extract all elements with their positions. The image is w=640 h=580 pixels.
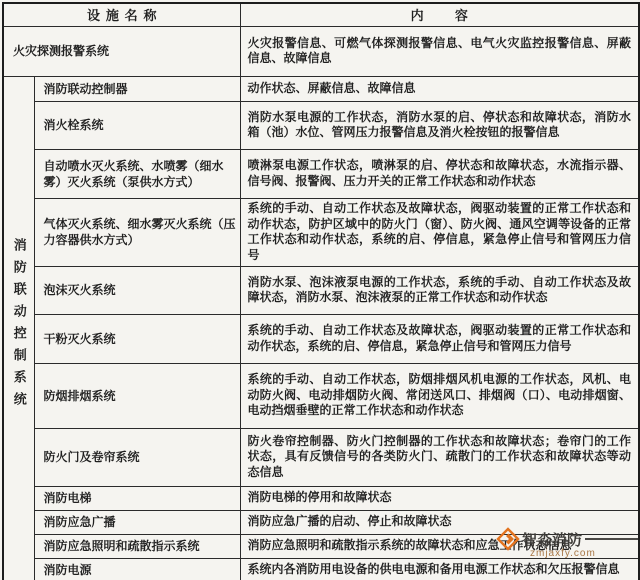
table-row: 防烟排烟系统 系统的手动、自动工作状态，防烟排烟风机电源的工作状态，风机、电动防… [3, 363, 639, 428]
table-row: 泡沫灭火系统 消防水泵、泡沫液泵电源的工作状态，系统的手动、自动工作状态及故障状… [3, 266, 639, 314]
table-row: 自动喷水灭火系统、水喷雾（细水雾）灭火系统（泵供水方式） 喷淋泵电源工作状态，喷… [3, 149, 639, 198]
table-row: 消防应急广播 消防应急广播的启动、停止和故障状态 [3, 510, 639, 534]
content-cell: 消防应急广播的启动、停止和故障状态 [240, 510, 639, 534]
facility-name-cell: 自动喷水灭火系统、水喷雾（细水雾）灭火系统（泵供水方式） [34, 149, 240, 198]
table-row: 消火栓系统 消防水泵电源的工作状态，消防水泵的启、停状态和故障状态，消防水箱（池… [3, 101, 639, 149]
content-cell: 消防应急照明和疏散指示系统的故障状态和应急工作状态信息 [240, 534, 639, 558]
facility-name-cell: 消防电梯 [34, 486, 240, 510]
facility-name-cell: 消防联动控制器 [34, 76, 240, 101]
facility-name-cell: 火灾探测报警系统 [3, 26, 240, 76]
content-cell: 系统的手动、自动工作状态，防烟排烟风机电源的工作状态，风机、电动防火阀、电动排烟… [240, 363, 639, 428]
table-row: 防火门及卷帘系统 防火卷帘控制器、防火门控制器的工作状态和故障状态；卷帘门的工作… [3, 428, 639, 486]
header-facility-name: 设施名称 [3, 3, 240, 26]
facility-name-cell: 泡沫灭火系统 [34, 266, 240, 314]
content-cell: 防火卷帘控制器、防火门控制器的工作状态和故障状态；卷帘门的工作状态，具有反馈信号… [240, 428, 639, 486]
facility-name-cell: 消防电源 [34, 558, 240, 580]
facility-name-cell: 干粉灭火系统 [34, 314, 240, 363]
fire-systems-spec-table: 设施名称 内容 火灾探测报警系统 火灾报警信息、可燃气体探测报警信息、电气火灾监… [2, 2, 640, 580]
content-cell: 消防水泵电源的工作状态，消防水泵的启、停状态和故障状态，消防水箱（池）水位、管网… [240, 101, 639, 149]
facility-name-cell: 消火栓系统 [34, 101, 240, 149]
facility-name-cell: 消防应急照明和疏散指示系统 [34, 534, 240, 558]
table-row: 消防联动控制系统 消防联动控制器 动作状态、屏蔽信息、故障信息 [3, 76, 639, 101]
content-cell: 火灾报警信息、可燃气体探测报警信息、电气火灾监控报警信息、屏蔽信息、故障信息 [240, 26, 639, 76]
header-facility-label: 设施名称 [87, 8, 162, 23]
content-cell: 系统的手动、自动工作状态及故障状态，阀驱动装置的正常工作状态和动作状态，防护区域… [240, 198, 639, 266]
facility-name-cell: 消防应急广播 [34, 510, 240, 534]
table-row: 消防电源 系统内各消防用电设备的供电电源和备用电源工作状态和欠压报警信息 [3, 558, 639, 580]
table-row: 干粉灭火系统 系统的手动、自动工作状态及故障状态，阀驱动装置的正常工作状态和动作… [3, 314, 639, 363]
facility-name-cell: 防烟排烟系统 [34, 363, 240, 428]
header-content-label: 内容 [411, 8, 499, 23]
header-content: 内容 [240, 3, 639, 26]
group-label-cell: 消防联动控制系统 [3, 76, 34, 580]
content-cell: 动作状态、屏蔽信息、故障信息 [240, 76, 639, 101]
table-header-row: 设施名称 内容 [3, 3, 639, 26]
content-cell: 喷淋泵电源工作状态，喷淋泵的启、停状态和故障状态，水流指示器、信号阀、报警阀、压… [240, 149, 639, 198]
scanned-document-page: 设施名称 内容 火灾探测报警系统 火灾报警信息、可燃气体探测报警信息、电气火灾监… [0, 0, 640, 580]
facility-name-cell: 气体灭火系统、细水雾灭火系统（压力容器供水方式） [34, 198, 240, 266]
group-label-vertical-text: 消防联动控制系统 [5, 238, 33, 414]
content-cell: 系统内各消防用电设备的供电电源和备用电源工作状态和欠压报警信息 [240, 558, 639, 580]
table-row: 消防应急照明和疏散指示系统 消防应急照明和疏散指示系统的故障状态和应急工作状态信… [3, 534, 639, 558]
facility-name-cell: 防火门及卷帘系统 [34, 428, 240, 486]
table-row: 火灾探测报警系统 火灾报警信息、可燃气体探测报警信息、电气火灾监控报警信息、屏蔽… [3, 26, 639, 76]
table-row: 消防电梯 消防电梯的停用和故障状态 [3, 486, 639, 510]
content-cell: 系统的手动、自动工作状态及故障状态，阀驱动装置的正常工作状态和动作状态，系统的启… [240, 314, 639, 363]
content-cell: 消防电梯的停用和故障状态 [240, 486, 639, 510]
content-cell: 消防水泵、泡沫液泵电源的工作状态，系统的手动、自动工作状态及故障状态，消防水泵、… [240, 266, 639, 314]
table-row: 气体灭火系统、细水雾灭火系统（压力容器供水方式） 系统的手动、自动工作状态及故障… [3, 198, 639, 266]
